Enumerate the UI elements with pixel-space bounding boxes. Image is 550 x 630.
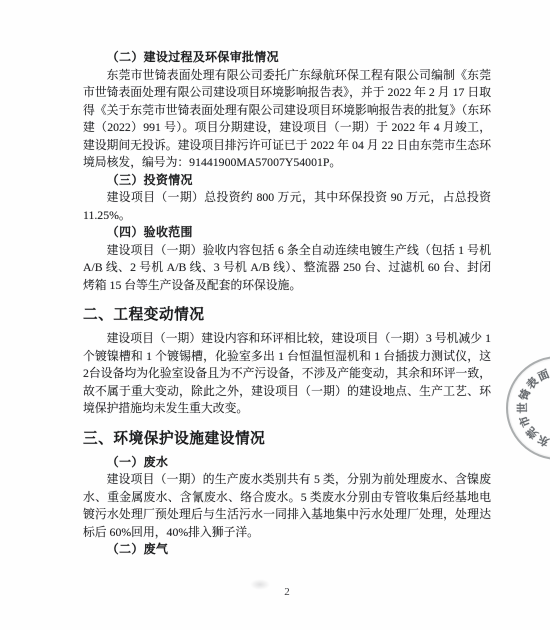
heading-acceptance-scope: （四）验收范围 bbox=[83, 224, 491, 242]
paragraph-wastewater: 建设项目（一期）的生产废水类别共有 5 类，分别为前处理废水、含镍废水、重金属废… bbox=[83, 471, 491, 541]
heading-project-changes: 二、工程变动情况 bbox=[83, 305, 491, 325]
paragraph-approval-history: 东莞市世锜表面处理有限公司委托广东绿航环保工程有限公司编制《东莞市世锜表面处理有… bbox=[83, 67, 491, 172]
heading-construction-and-approval: （二）建设过程及环保审批情况 bbox=[83, 49, 491, 67]
heading-env-protection-facilities: 三、环境保护设施建设情况 bbox=[83, 429, 491, 449]
heading-waste-gas: （二）废气 bbox=[83, 541, 491, 559]
heading-investment: （三）投资情况 bbox=[83, 172, 491, 190]
page-number: 2 bbox=[83, 586, 491, 598]
document-body: （二）建设过程及环保审批情况 东莞市世锜表面处理有限公司委托广东绿航环保工程有限… bbox=[83, 49, 491, 559]
scanned-document-page: （二）建设过程及环保审批情况 东莞市世锜表面处理有限公司委托广东绿航环保工程有限… bbox=[0, 0, 550, 630]
paragraph-project-changes: 建设项目（一期）建设内容和环评相比较，建设项目（一期）3 号机减少 1个镀镍槽和… bbox=[83, 330, 491, 418]
paragraph-investment: 建设项目（一期）总投资约 800 万元，其中环保投资 90 万元，占总投资11.… bbox=[83, 189, 491, 224]
heading-wastewater: （一）废水 bbox=[83, 454, 491, 472]
official-seal-stamp: 东莞市世锜表面 bbox=[506, 356, 550, 460]
paragraph-acceptance-scope: 建设项目（一期）验收内容包括 6 条全自动连续电镀生产线（包括 1 号机A/B … bbox=[83, 242, 491, 295]
